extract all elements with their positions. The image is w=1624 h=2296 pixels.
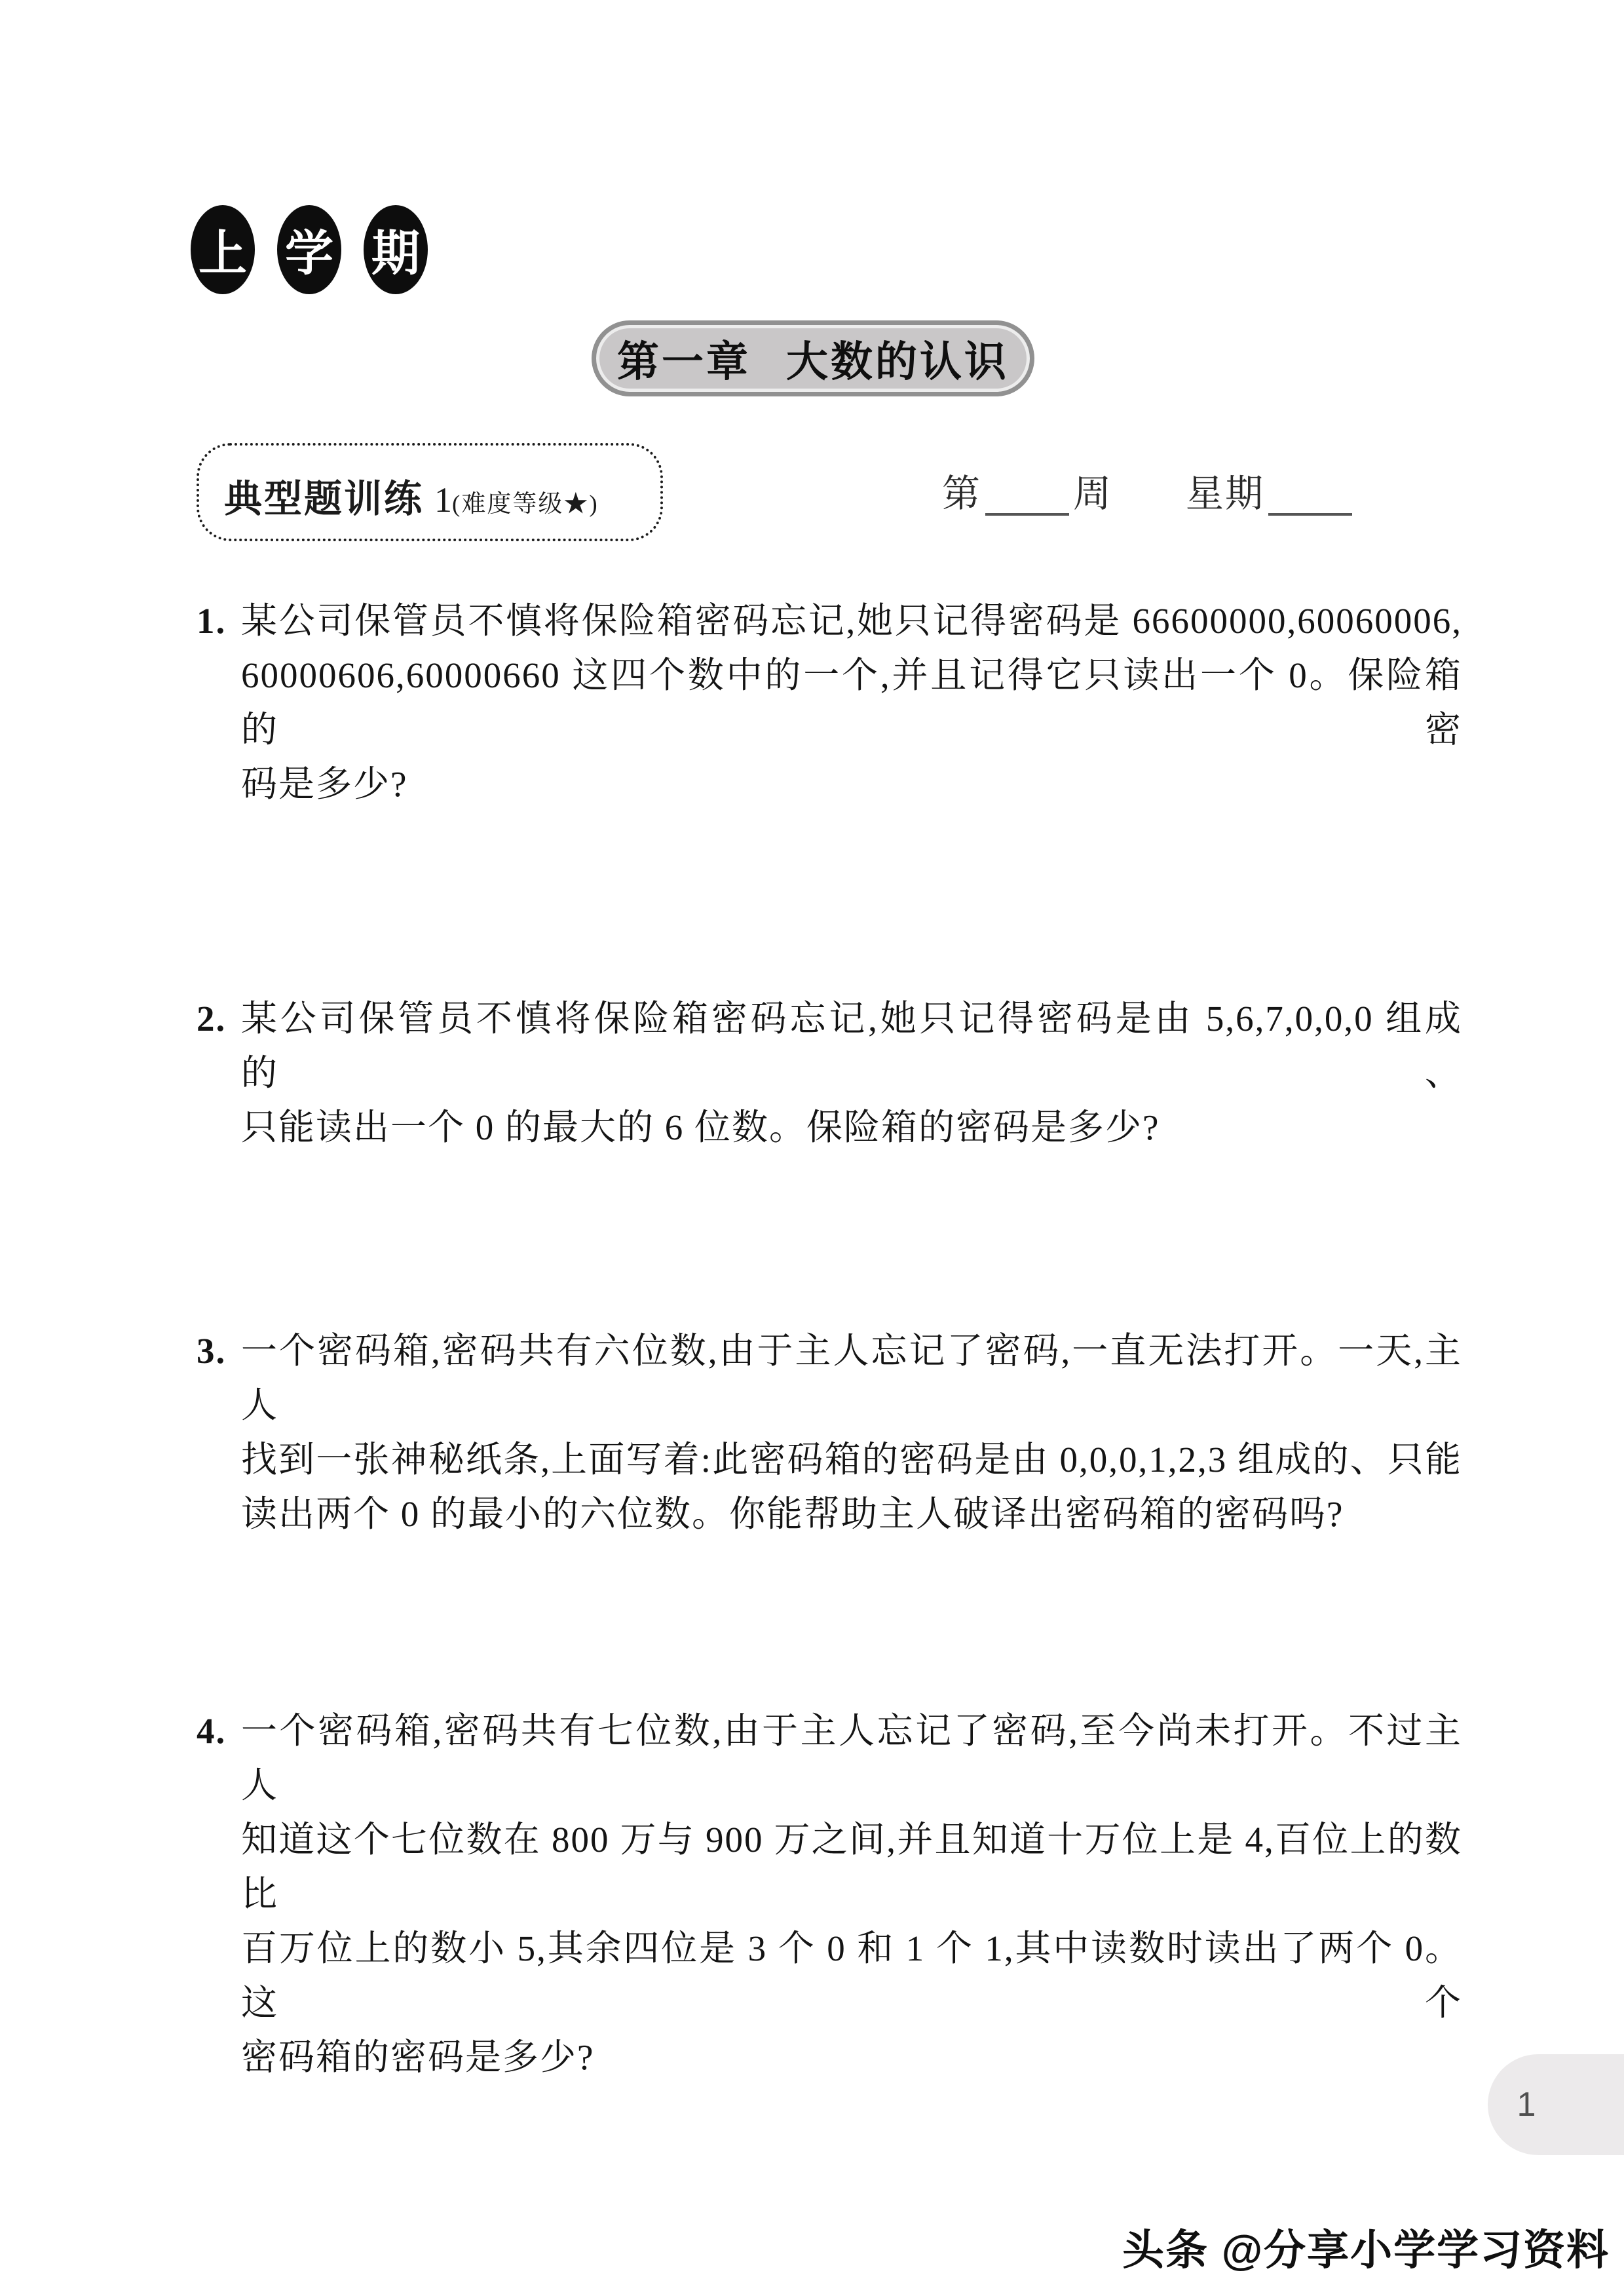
problem-line: 读出两个 0 的最小的六位数。你能帮助主人破译出密码箱的密码吗? [241,1487,1462,1541]
week-blank [985,480,1069,516]
training-difficulty: (难度等级★) [452,484,599,519]
page-number-tab: 1 [1488,2054,1624,2155]
problem-item: 1. 某公司保管员不慎将保险箱密码忘记,她只记得密码是 66600000,600… [197,594,1462,811]
semester-badge-text: 学 [285,215,333,284]
semester-badge-text: 期 [371,215,420,284]
watermark: 头条 @分享小学学习资料 [1122,2217,1610,2277]
semester-badges: 上 学 期 [191,205,428,294]
problem-number: 4. [197,1704,226,1758]
training-box: 典型题训练 1 (难度等级★) [197,443,663,541]
problem-line: 一个密码箱,密码共有七位数,由于主人忘记了密码,至今尚未打开。不过主人 [241,1704,1462,1812]
page-number: 1 [1517,2085,1536,2124]
semester-badge: 学 [277,205,341,294]
problem-line: 某公司保管员不慎将保险箱密码忘记,她只记得密码是由 5,6,7,0,0,0 组成… [241,991,1462,1100]
problem-number: 2. [197,991,226,1046]
semester-badge: 上 [191,205,255,294]
problem-item: 2. 某公司保管员不慎将保险箱密码忘记,她只记得密码是由 5,6,7,0,0,0… [197,991,1462,1155]
chapter-number: 第一章 [617,328,751,389]
problem-line: 某公司保管员不慎将保险箱密码忘记,她只记得密码是 66600000,600600… [241,594,1462,648]
problem-line: 60000606,60000660 这四个数中的一个,并且记得它只读出一个 0。… [241,648,1462,757]
problem-item: 4. 一个密码箱,密码共有七位数,由于主人忘记了密码,至今尚未打开。不过主人 知… [197,1704,1462,2084]
week-middle: 周 [1073,472,1112,515]
problem-item: 3. 一个密码箱,密码共有六位数,由于主人忘记了密码,一直无法打开。一天,主人 … [197,1324,1462,1541]
week-suffix: 星期 [1186,472,1264,515]
semester-badge-text: 上 [198,215,247,284]
semester-badge: 期 [364,205,428,294]
week-prefix: 第 [942,472,981,515]
training-title: 典型题训练 [224,468,424,523]
problem-line: 码是多少? [241,757,1462,811]
problem-line: 只能读出一个 0 的最大的 6 位数。保险箱的密码是多少? [241,1100,1462,1155]
problem-line: 知道这个七位数在 800 万与 900 万之间,并且知道十万位上是 4,百位上的… [241,1812,1462,1921]
problem-line: 百万位上的数小 5,其余四位是 3 个 0 和 1 个 1,其中读数时读出了两个… [241,1921,1462,2030]
problem-number: 1. [197,594,226,648]
training-number: 1 [434,480,452,520]
problem-line: 找到一张神秘纸条,上面写着:此密码箱的密码是由 0,0,0,1,2,3 组成的、… [241,1432,1462,1487]
chapter-title-box: 第一章 大数的认识 [592,320,1034,396]
problem-line: 一个密码箱,密码共有六位数,由于主人忘记了密码,一直无法打开。一天,主人 [241,1324,1462,1432]
problem-line: 密码箱的密码是多少? [241,2030,1462,2084]
week-line: 第周星期 [942,463,1356,518]
weekday-blank [1268,480,1352,516]
problem-number: 3. [197,1324,226,1378]
chapter-title: 大数的认识 [786,328,1009,389]
